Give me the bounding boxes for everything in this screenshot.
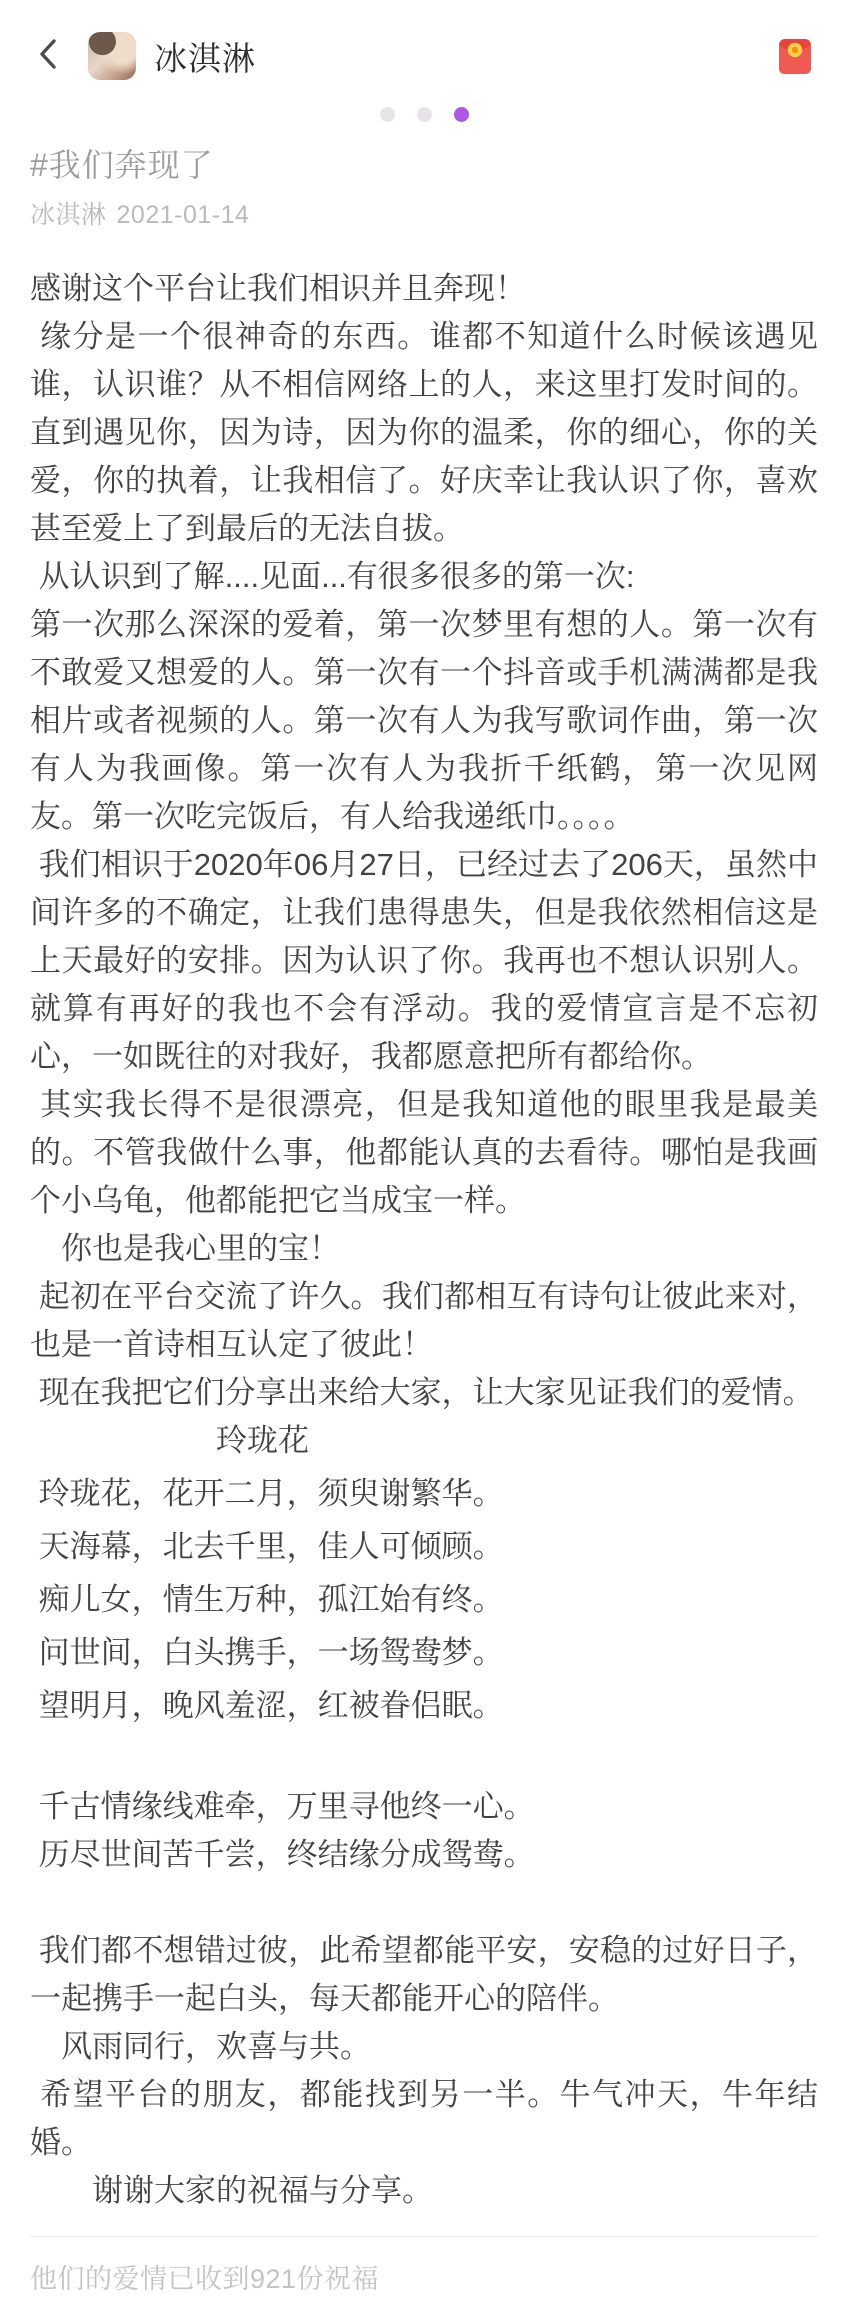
post-paragraph: 玲珑花，花开二月，须臾谢繁华。: [30, 1470, 818, 1518]
byline: 冰淇淋2021-01-14: [30, 195, 818, 231]
post-paragraph: 希望平台的朋友，都能找到另一半。牛气冲天，牛年结婚。: [30, 2071, 818, 2167]
avatar[interactable]: [88, 32, 136, 80]
post-paragraph: 谢谢大家的祝福与分享。: [30, 2167, 818, 2215]
post-paragraph: 痴儿女，情生万种，孤江始有终。: [30, 1576, 818, 1624]
post-paragraph: 天海幕，北去千里，佳人可倾顾。: [30, 1523, 818, 1571]
post-title: #我们奔现了: [30, 140, 818, 186]
post-paragraph: 第一次那么深深的爱着，第一次梦里有想的人。第一次有不敢爱又想爱的人。第一次有一个…: [30, 601, 818, 841]
post-paragraph: 历尽世间苦千尝，终结缘分成鸳鸯。: [30, 1831, 818, 1879]
carousel-indicator: [0, 106, 848, 122]
post-paragraph: [30, 1879, 818, 1927]
post-paragraph: 其实我长得不是很漂亮，但是我知道他的眼里我是最美的。不管我做什么事，他都能认真的…: [30, 1081, 818, 1225]
carousel-dot-active: [454, 107, 469, 122]
header: 冰淇淋: [38, 30, 812, 82]
title-block: #我们奔现了 冰淇淋2021-01-14: [30, 140, 818, 231]
post-paragraph: [30, 1735, 818, 1783]
post-paragraph: 望明月，晚风羞涩，红被眷侣眠。: [30, 1682, 818, 1730]
blessings-status: 他们的爱情已收到921份祝福: [0, 2237, 848, 2318]
username: 冰淇淋: [154, 33, 256, 80]
byline-author: 冰淇淋: [30, 201, 107, 229]
post-paragraph: 问世间，白头携手，一场鸳鸯梦。: [30, 1629, 818, 1677]
post-paragraph: 我们相识于2020年06月27日，已经过去了206天，虽然中间许多的不确定，让我…: [30, 841, 818, 1081]
post-detail-page: 冰淇淋 #我们奔现了 冰淇淋2021-01-14 感谢这个平台让我们相识并且奔现…: [0, 0, 848, 2318]
byline-date: 2021-01-14: [117, 201, 250, 229]
post-paragraph: 我们都不想错过彼，此希望都能平安，安稳的过好日子，一起携手一起白头，每天都能开心…: [30, 1927, 818, 2023]
carousel-dot: [380, 107, 395, 122]
post-paragraph: 你也是我心里的宝！: [30, 1225, 818, 1273]
carousel-dot: [417, 107, 432, 122]
post-body: 感谢这个平台让我们相识并且奔现！ 缘分是一个很神奇的东西。谁都不知道什么时候该遇…: [30, 265, 818, 2215]
post-paragraph: 风雨同行，欢喜与共。: [30, 2023, 818, 2071]
chevron-left-icon: [38, 38, 58, 75]
post-paragraph: 现在我把它们分享出来给大家，让大家见证我们的爱情。: [30, 1369, 818, 1417]
footer: 他们的爱情已收到921份祝福: [0, 2236, 848, 2318]
post-paragraph: 缘分是一个很神奇的东西。谁都不知道什么时候该遇见谁，认识谁？从不相信网络上的人，…: [30, 313, 818, 553]
red-envelope-icon[interactable]: [778, 36, 812, 76]
back-button[interactable]: [38, 40, 60, 72]
post-paragraph: 从认识到了解....见面...有很多很多的第一次:: [30, 553, 818, 601]
post-paragraph: 玲珑花: [30, 1417, 818, 1465]
post-paragraph: 感谢这个平台让我们相识并且奔现！: [30, 265, 818, 313]
post-paragraph: 起初在平台交流了许久。我们都相互有诗句让彼此来对，也是一首诗相互认定了彼此！: [30, 1273, 818, 1369]
post-paragraph: 千古情缘线难牵，万里寻他终一心。: [30, 1783, 818, 1831]
